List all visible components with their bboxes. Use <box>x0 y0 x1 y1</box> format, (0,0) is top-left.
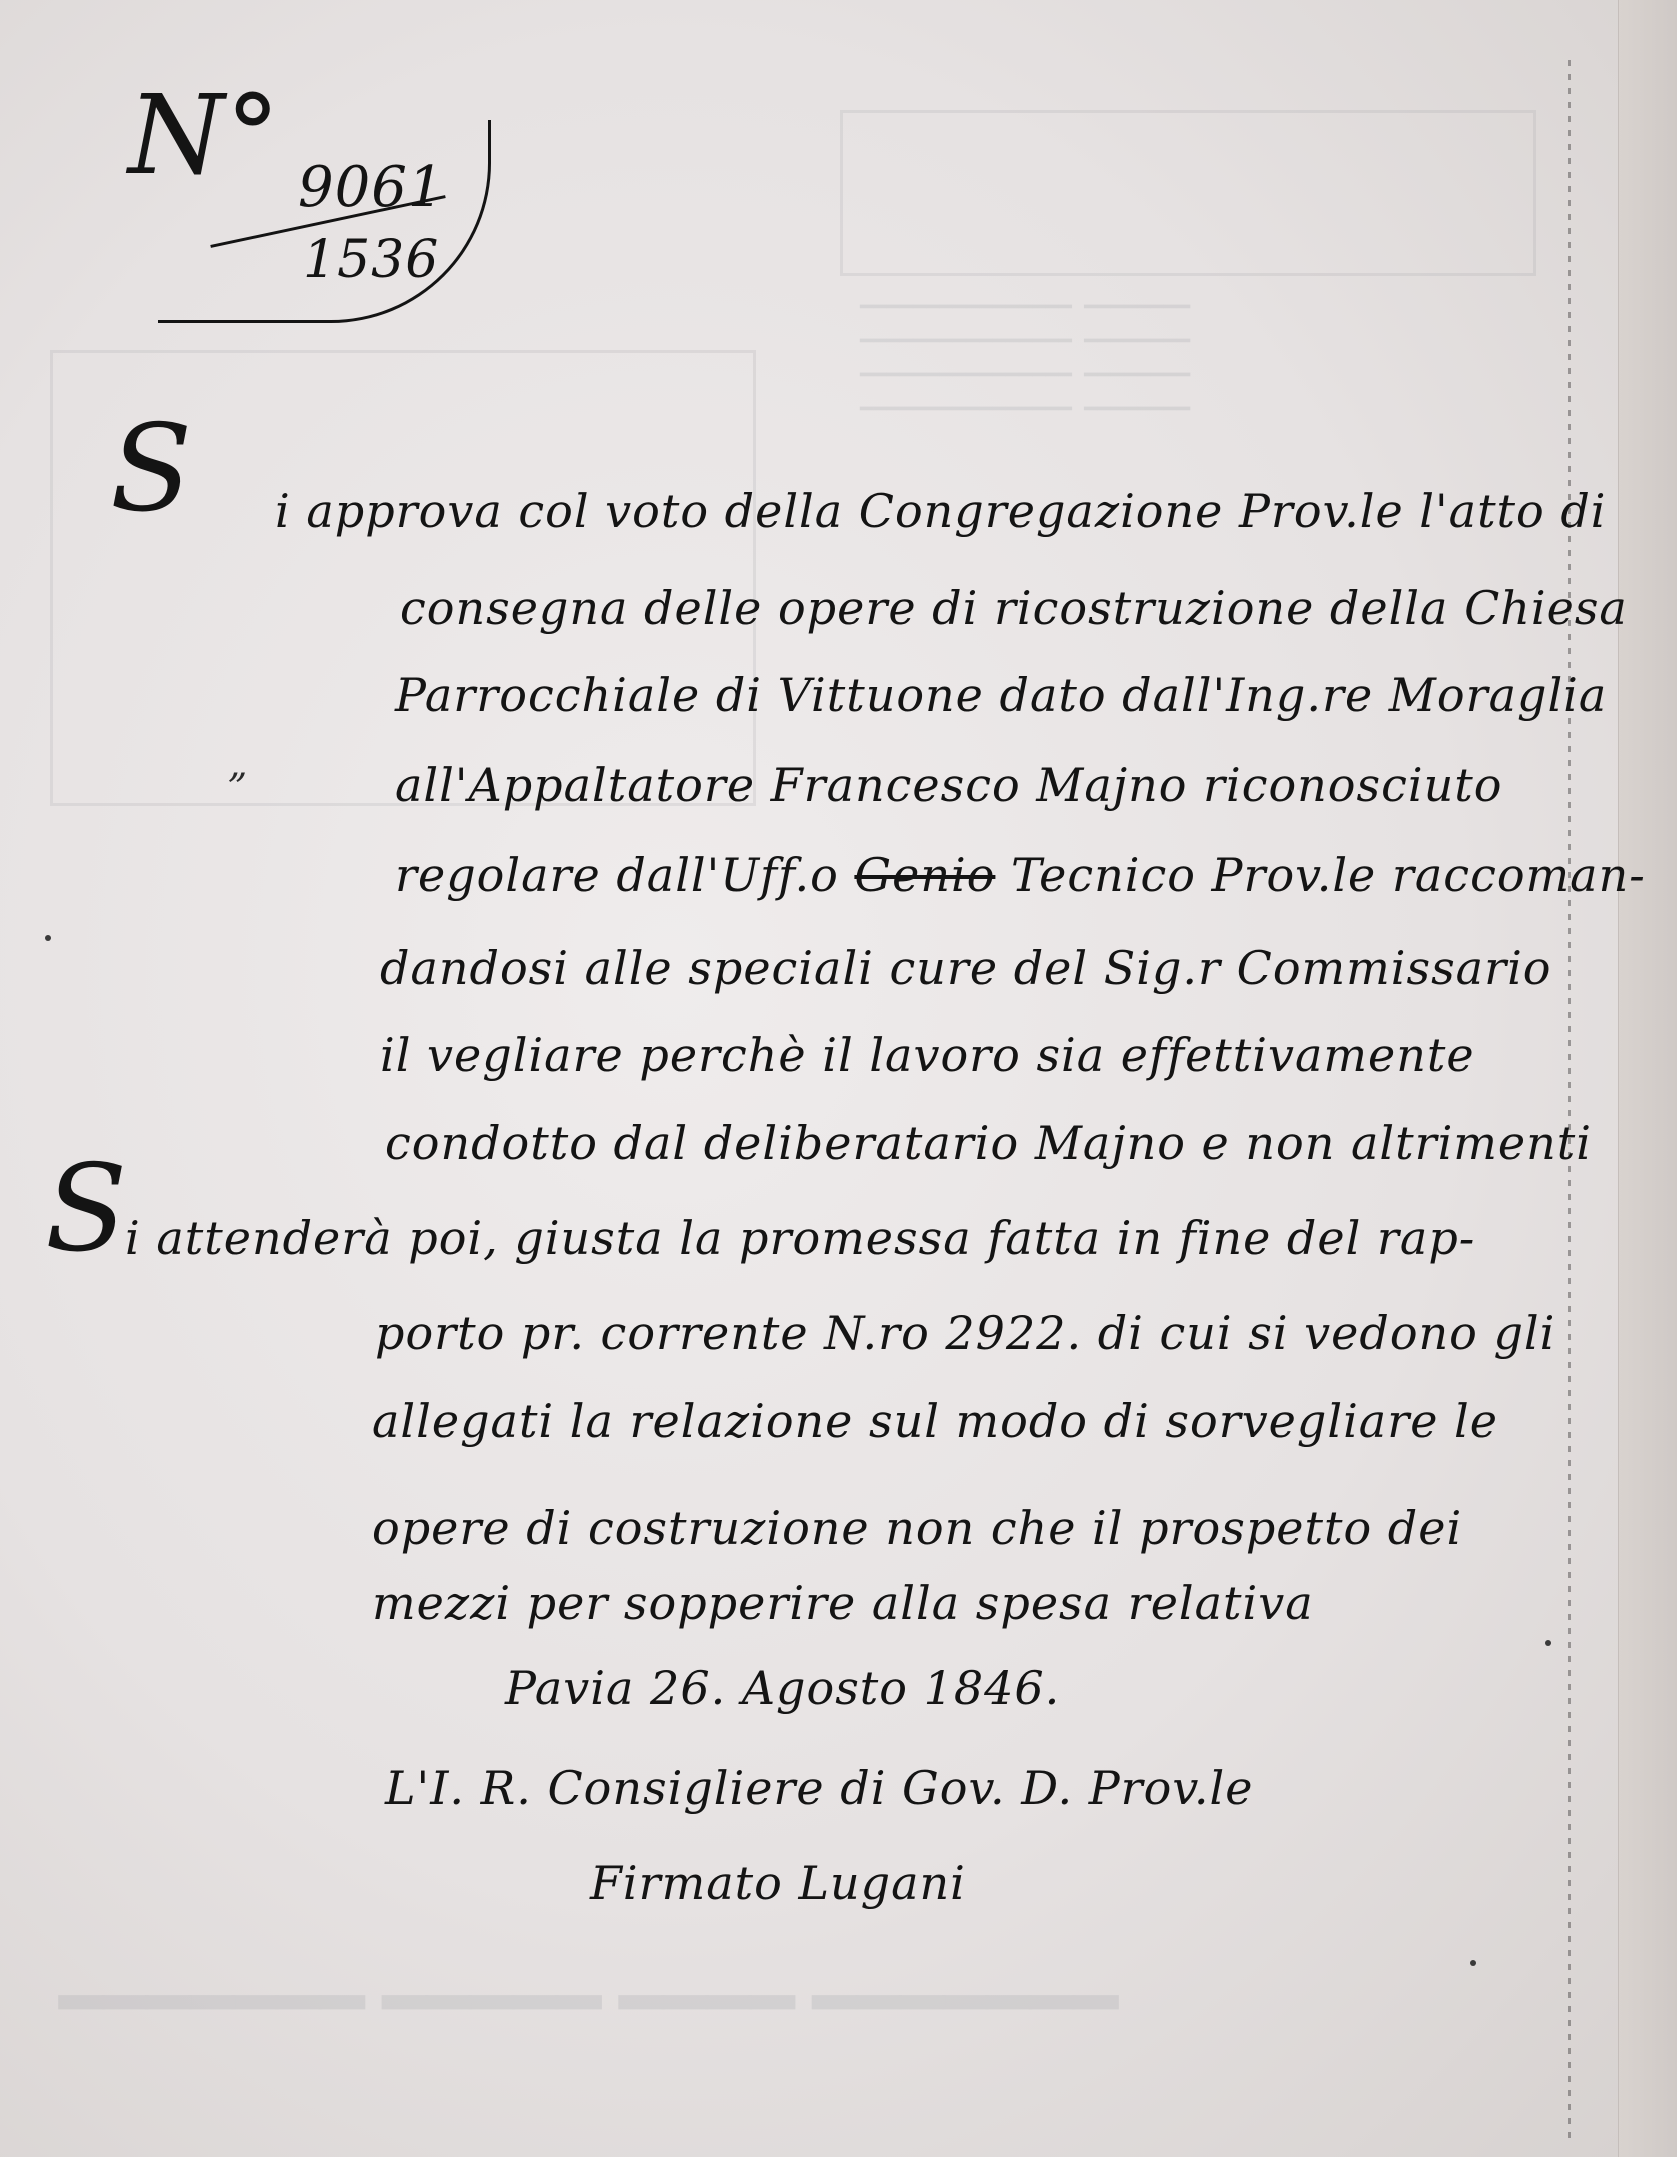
struck-out-word: Genio <box>854 848 995 902</box>
paragraph-1-line-2: consegna delle opere di ricostruzione de… <box>400 585 1628 631</box>
fold-line <box>1568 60 1571 2140</box>
paragraph-1-line-4: all'Appaltatore Francesco Majno riconosc… <box>395 762 1502 808</box>
paragraph-2-initial: S <box>45 1150 128 1270</box>
protocol-flourish <box>158 120 491 323</box>
bleed-through-headline: ━━━━━━━ ━━━━ ━━━━━ ━━━━━━━ <box>60 1960 1117 2044</box>
paragraph-2-line-3: allegati la relazione sul modo di sorveg… <box>372 1398 1498 1444</box>
paragraph-2-line-2: porto pr. corrente N.ro 2922. di cui si … <box>375 1310 1555 1356</box>
signatory-office: L'I. R. Consigliere di Gov. D. Prov.le <box>385 1765 1253 1811</box>
paragraph-2-line-5: mezzi per sopperire alla spesa relativa <box>372 1580 1314 1626</box>
ink-speck <box>45 935 51 941</box>
paragraph-2-line-1: i attenderà poi, giusta la promessa fatt… <box>125 1215 1475 1261</box>
protocol-number: N° 9061 1536 <box>118 60 508 320</box>
ink-speck <box>1470 1960 1476 1966</box>
paragraph-1-initial: S <box>110 410 193 530</box>
paragraph-1-line-5-start: regolare dall'Uff.o <box>395 848 839 902</box>
adjacent-page-edge <box>1618 0 1677 2157</box>
bleed-through-text-right: ━━━━━━━━ ━━━━━━━━━━━━━━━━ ━━━━━━━━ ━━━━━… <box>860 290 1190 426</box>
paragraph-1-line-5-end: Tecnico Prov.le raccoman- <box>1011 848 1646 902</box>
ink-speck <box>1545 1640 1551 1646</box>
signature: Firmato Lugani <box>590 1860 966 1906</box>
paragraph-1-line-7: il vegliare perchè il lavoro sia effetti… <box>380 1032 1475 1078</box>
paragraph-1-line-6: dandosi alle speciali cure del Sig.r Com… <box>380 945 1552 991</box>
paragraph-1-line-8: condotto dal deliberatario Majno e non a… <box>385 1120 1592 1166</box>
bleed-through-box-right <box>840 110 1536 276</box>
paragraph-1-line-5: regolare dall'Uff.o Genio Tecnico Prov.l… <box>395 852 1646 898</box>
place-and-date: Pavia 26. Agosto 1846. <box>505 1665 1060 1711</box>
paragraph-1-line-3: Parrocchiale di Vittuone dato dall'Ing.r… <box>395 672 1607 718</box>
margin-mark: „ <box>228 742 249 786</box>
paragraph-2-line-4: opere di costruzione non che il prospett… <box>372 1505 1462 1551</box>
paragraph-1-line-1: i approva col voto della Congregazione P… <box>275 488 1607 534</box>
